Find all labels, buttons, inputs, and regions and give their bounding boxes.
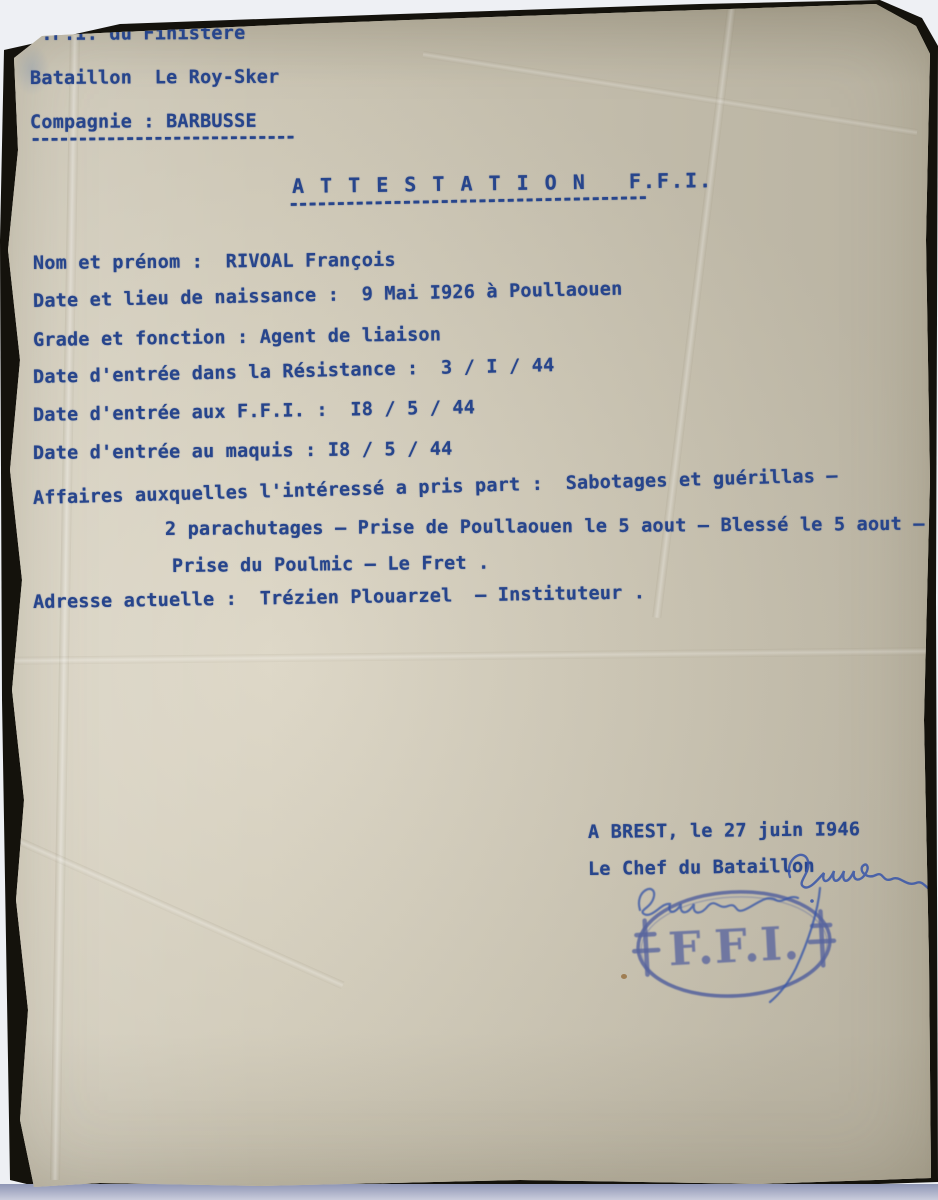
field-affairs-continued-2: Prise du Poulmic – Le Fret . bbox=[172, 553, 490, 577]
ffi-stamp: F.F.I. bbox=[612, 872, 864, 1018]
field-birth: Date et lieu de naissance : 9 Mai I926 à… bbox=[33, 279, 623, 312]
header-battalion: Bataillon Le Roy-Sker bbox=[30, 67, 280, 89]
field-resistance-entry: Date d'entrée dans la Résistance : 3 / I… bbox=[33, 355, 555, 388]
field-maquis-entry: Date d'entrée au maquis : I8 / 5 / 44 bbox=[33, 439, 453, 464]
scanned-document: F.F.I. du Finistère Bataillon Le Roy-Ske… bbox=[0, 0, 938, 1200]
scan-edge-strip bbox=[0, 1184, 938, 1200]
field-grade: Grade et fonction : Agent de liaison bbox=[33, 324, 441, 351]
field-affairs-continued-1: 2 parachutages – Prise de Poullaouen le … bbox=[165, 514, 925, 540]
paper-crease bbox=[423, 51, 918, 136]
paper-crease bbox=[10, 647, 930, 665]
place-date-line: A BREST, le 27 juin I946 bbox=[588, 819, 860, 843]
paper-crease bbox=[0, 819, 344, 989]
field-affairs: Affaires auxquelles l'intéressé a pris p… bbox=[33, 466, 838, 509]
field-ffi-entry: Date d'entrée aux F.F.I. : I8 / 5 / 44 bbox=[33, 397, 475, 426]
document-paper: F.F.I. du Finistère Bataillon Le Roy-Ske… bbox=[0, 0, 938, 1200]
stamp-text: F.F.I. bbox=[667, 916, 801, 977]
field-name: Nom et prénom : RIVOAL François bbox=[33, 250, 396, 274]
field-address: Adresse actuelle : Trézien Plouarzel – I… bbox=[33, 582, 646, 613]
header-underline: ---------------------------- bbox=[30, 126, 294, 150]
